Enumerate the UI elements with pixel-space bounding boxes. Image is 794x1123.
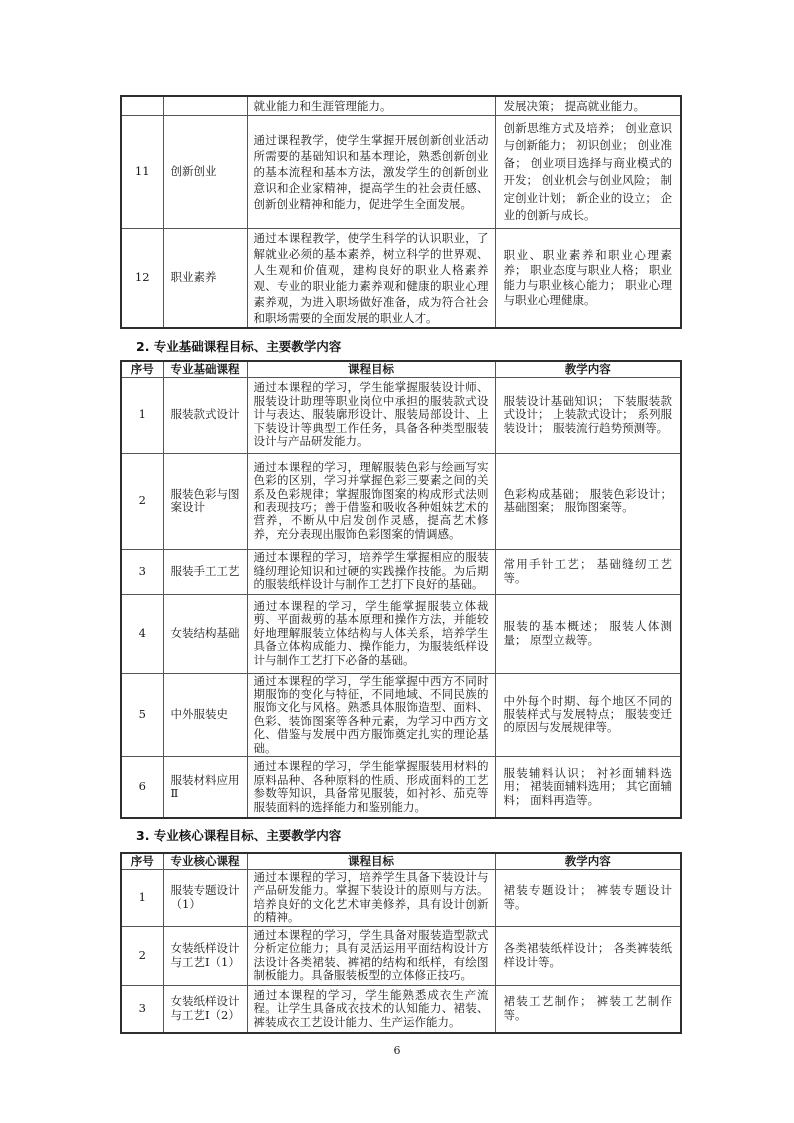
- goal-cell: 通过本课程的学习，学生具备对服装造型款式分析定位能力；具有灵活运用平面结构设计方…: [247, 926, 495, 985]
- seq-cell: [121, 96, 163, 116]
- document-content: 就业能力和生涯管理能力。 发展决策； 提高就业能力。 11 创新创业 通过课程教…: [120, 95, 680, 1034]
- table-row: 5 中外服装史 通过本课程的学习，学生能掌握中西方不同时期服饰的变化与特征，不同…: [121, 673, 681, 756]
- table-header-row: 序号 专业核心课程 课程目标 教学内容: [121, 853, 681, 869]
- header-course: 专业核心课程: [163, 853, 247, 869]
- goal-cell: 就业能力和生涯管理能力。: [247, 96, 495, 116]
- table-row: 3 女装纸样设计与工艺Ⅰ（2） 通过本课程的学习，学生能熟悉成衣生产流程。让学生…: [121, 985, 681, 1033]
- table-header-row: 序号 专业基础课程 课程目标 教学内容: [121, 361, 681, 377]
- content-cell: 中外每个时期、每个地区不同的服装样式与发展特点； 服装变迁的原因与发展规律等。: [495, 673, 681, 756]
- document-page: 就业能力和生涯管理能力。 发展决策； 提高就业能力。 11 创新创业 通过课程教…: [0, 0, 794, 1123]
- seq-cell: 1: [121, 869, 163, 926]
- course-cell: 服装款式设计: [163, 377, 247, 453]
- table-row: 6 服装材料应用Ⅱ 通过本课程的学习，学生能掌握服装用材料的原料品种、各种原料的…: [121, 756, 681, 818]
- header-goal: 课程目标: [247, 361, 495, 377]
- table-row: 1 服装款式设计 通过本课程的学习，学生能掌握服装设计师、服装设计助理等职业岗位…: [121, 377, 681, 453]
- table-row: 3 服装手工工艺 通过本课程的学习，培养学生掌握相应的服装缝纫理论知识和过硬的实…: [121, 549, 681, 594]
- header-content: 教学内容: [495, 361, 681, 377]
- section-heading-basic-courses: 2. 专业基础课程目标、主要教学内容: [136, 339, 680, 354]
- content-cell: 创新思维方式及培养； 创业意识与创新能力； 初识创业； 创业准备； 创业项目选择…: [495, 116, 681, 229]
- content-cell: 服装辅料认识； 衬衫面辅料选用； 裙装面辅料选用； 其它面辅料； 面料再造等。: [495, 756, 681, 818]
- course-cell: 女装纸样设计与工艺Ⅰ（2）: [163, 985, 247, 1033]
- content-cell: 裙装工艺制作； 裤装工艺制作等。: [495, 985, 681, 1033]
- goal-cell: 通过本课程的学习，学生能掌握服装用材料的原料品种、各种原料的性质、形成面料的工艺…: [247, 756, 495, 818]
- table-row: 4 女装结构基础 通过本课程的学习，学生能掌握服装立体裁剪、平面裁剪的基本原理和…: [121, 594, 681, 673]
- goal-cell: 通过本课程的学习，理解服装色彩与绘画写实色彩的区别，学习并掌握色彩三要素之间的关…: [247, 453, 495, 549]
- goal-cell: 通过本课程的学习，学生能掌握服装立体裁剪、平面裁剪的基本原理和操作方法，并能较好…: [247, 594, 495, 673]
- content-cell: 服装设计基础知识； 下装服装款式设计； 上装款式设计； 系列服装设计； 服装流行…: [495, 377, 681, 453]
- seq-cell: 1: [121, 377, 163, 453]
- basic-courses-table: 序号 专业基础课程 课程目标 教学内容 1 服装款式设计 通过本课程的学习，学生…: [120, 360, 682, 819]
- seq-cell: 2: [121, 453, 163, 549]
- course-cell: 服装手工工艺: [163, 549, 247, 594]
- table-row: 12 职业素养 通过本课程教学，使学生科学的认识职业，了解就业必须的基本素养，树…: [121, 229, 681, 329]
- content-cell: 裙装专题设计； 裤装专题设计等。: [495, 869, 681, 926]
- page-number: 6: [0, 1044, 794, 1057]
- course-cell: 职业素养: [163, 229, 247, 329]
- seq-cell: 5: [121, 673, 163, 756]
- goal-cell: 通过本课程的学习，培养学生掌握相应的服装缝纫理论知识和过硬的实践操作技能。为后期…: [247, 549, 495, 594]
- content-cell: 色彩构成基础； 服装色彩设计； 基础图案； 服饰图案等。: [495, 453, 681, 549]
- header-course: 专业基础课程: [163, 361, 247, 377]
- course-cell: 创新创业: [163, 116, 247, 229]
- content-cell: 各类裙装纸样设计； 各类裤装纸样设计等。: [495, 926, 681, 985]
- goal-cell: 通过课程教学，使学生掌握开展创新创业活动所需要的基础知识和基本理论，熟悉创新创业…: [247, 116, 495, 229]
- course-cell: [163, 96, 247, 116]
- goal-cell: 通过本课程的学习，学生能熟悉成衣生产流程。让学生具备成衣技术的认知能力、裙装、裤…: [247, 985, 495, 1033]
- content-cell: 常用手针工艺； 基础缝纫工艺等。: [495, 549, 681, 594]
- course-cell: 女装纸样设计与工艺Ⅰ（1）: [163, 926, 247, 985]
- course-cell: 中外服装史: [163, 673, 247, 756]
- course-cell: 服装专题设计（1）: [163, 869, 247, 926]
- course-cell: 女装结构基础: [163, 594, 247, 673]
- header-seq: 序号: [121, 361, 163, 377]
- seq-cell: 4: [121, 594, 163, 673]
- content-cell: 职业、职业素养和职业心理素养； 职业态度与职业人格； 职业能力与职业核心能力； …: [495, 229, 681, 329]
- table-row: 1 服装专题设计（1） 通过本课程的学习，培养学生具备下装设计与产品研发能力。掌…: [121, 869, 681, 926]
- seq-cell: 3: [121, 549, 163, 594]
- seq-cell: 3: [121, 985, 163, 1033]
- core-courses-table: 序号 专业核心课程 课程目标 教学内容 1 服装专题设计（1） 通过本课程的学习…: [120, 852, 682, 1034]
- content-cell: 发展决策； 提高就业能力。: [495, 96, 681, 116]
- table-row-continuation: 就业能力和生涯管理能力。 发展决策； 提高就业能力。: [121, 96, 681, 116]
- seq-cell: 12: [121, 229, 163, 329]
- general-courses-table-continued: 就业能力和生涯管理能力。 发展决策； 提高就业能力。 11 创新创业 通过课程教…: [120, 95, 682, 329]
- table-row: 2 女装纸样设计与工艺Ⅰ（1） 通过本课程的学习，学生具备对服装造型款式分析定位…: [121, 926, 681, 985]
- section-heading-core-courses: 3. 专业核心课程目标、主要教学内容: [136, 828, 680, 843]
- seq-cell: 11: [121, 116, 163, 229]
- header-goal: 课程目标: [247, 853, 495, 869]
- goal-cell: 通过本课程的学习，培养学生具备下装设计与产品研发能力。掌握下装设计的原则与方法。…: [247, 869, 495, 926]
- header-seq: 序号: [121, 853, 163, 869]
- header-content: 教学内容: [495, 853, 681, 869]
- goal-cell: 通过本课程的学习，学生能掌握中西方不同时期服饰的变化与特征，不同地域、不同民族的…: [247, 673, 495, 756]
- goal-cell: 通过本课程教学，使学生科学的认识职业，了解就业必须的基本素养，树立科学的世界观、…: [247, 229, 495, 329]
- content-cell: 服装的基本概述； 服装人体测量； 原型立裁等。: [495, 594, 681, 673]
- seq-cell: 2: [121, 926, 163, 985]
- seq-cell: 6: [121, 756, 163, 818]
- table-row: 2 服装色彩与图案设计 通过本课程的学习，理解服装色彩与绘画写实色彩的区别，学习…: [121, 453, 681, 549]
- goal-cell: 通过本课程的学习，学生能掌握服装设计师、服装设计助理等职业岗位中承担的服装款式设…: [247, 377, 495, 453]
- table-row: 11 创新创业 通过课程教学，使学生掌握开展创新创业活动所需要的基础知识和基本理…: [121, 116, 681, 229]
- course-cell: 服装材料应用Ⅱ: [163, 756, 247, 818]
- course-cell: 服装色彩与图案设计: [163, 453, 247, 549]
